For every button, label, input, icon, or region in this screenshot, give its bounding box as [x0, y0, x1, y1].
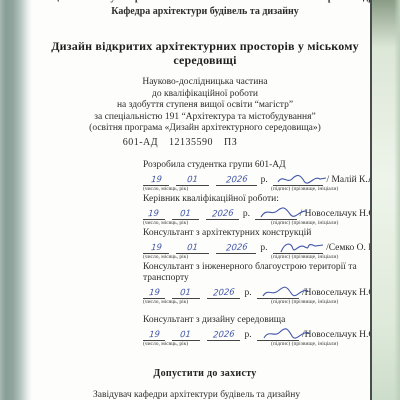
month-field: 01 — [176, 243, 209, 254]
sign-caption: (підпис) (прізвище, ініціали) — [271, 299, 338, 306]
sign-caption: (підпис) (прізвище, ініціали) — [271, 220, 338, 227]
department-head-line: Завідувач кафедри архітектури будівель т… — [93, 390, 393, 400]
date-caption: (число, місяць, рік) — [143, 186, 261, 193]
subtitle-line: до кваліфікаційної роботи — [40, 89, 370, 101]
month-field: 01 — [172, 330, 200, 341]
month-field: 01 — [172, 288, 200, 299]
date-caption: (число, місяць, рік) — [143, 299, 261, 306]
signature-row-supervisor: Керівник кваліфікаційної роботи: 19 01 2… — [143, 194, 377, 227]
date-signature-line: 19 01 2026 р. /Новосельчук Н.Є. — [143, 284, 377, 299]
role-label: Консультант з дизайну середовища — [143, 315, 377, 326]
work-subtitle-block: Науково-дослідницька частина до кваліфік… — [40, 77, 370, 135]
year-abbrev-label: р. — [244, 288, 251, 299]
caption-line: (число, місяць, рік) (підпис) (прізвище,… — [143, 186, 377, 193]
role-label: Консультант з архітектурних конструкцій — [143, 228, 377, 239]
subtitle-line: Науково-дослідницька частина — [40, 77, 370, 89]
sign-caption: (підпис) (прізвище, ініціали) — [271, 341, 338, 348]
date-caption: (число, місяць, рік) — [143, 220, 261, 227]
subtitle-line: за спеціальністю 191 “Архітектура та міс… — [40, 112, 370, 124]
month-field: 01 — [176, 175, 209, 186]
signatures-block: Розробила студентка групи 601-АД 19 01 2… — [143, 160, 377, 349]
day-field: 19 — [143, 175, 169, 186]
date-signature-line: 19 01 2026 р. /Семко О. В. — [143, 239, 377, 254]
year-field: 2026 — [216, 175, 256, 186]
year-abbrev-label: р. — [261, 175, 268, 186]
caption-line: (число, місяць, рік) (підпис) (прізвище,… — [143, 341, 377, 348]
signature-row-student: Розробила студентка групи 601-АД 19 01 2… — [143, 160, 377, 193]
day-field: 19 — [143, 330, 165, 341]
role-label: Керівник кваліфікаційної роботи: — [143, 194, 377, 205]
person-name: /Новосельчук Н.Є. — [302, 288, 377, 299]
scan-left-edge-band — [0, 0, 32, 400]
signature-row-design-consultant: Консультант з дизайну середовища 19 01 2… — [143, 315, 377, 348]
caption-line: (число, місяць, рік) (підпис) (прізвище,… — [143, 254, 377, 261]
person-name: /Новосельчук Н.Є. — [302, 330, 377, 341]
document-code: 601-АД 12135590 ПЗ — [40, 137, 320, 148]
caption-line: (число, місяць, рік) (підпис) (прізвище,… — [143, 220, 377, 227]
subtitle-line: на здобуття ступеня вищої освіти “магіст… — [40, 100, 370, 112]
date-caption: (число, місяць, рік) — [143, 341, 261, 348]
subtitle-line: (освітня програма «Дизайн архітектурного… — [40, 123, 370, 135]
date-signature-line: 19 01 2026 р. / Новосельчук Н.Є. — [143, 205, 377, 220]
day-field: 19 — [143, 288, 165, 299]
date-caption: (число, місяць, рік) — [143, 254, 261, 261]
signature-scribble — [273, 253, 324, 254]
year-abbrev-label: р. — [260, 243, 267, 254]
department-line: Кафедра архітектури будівель та дизайну — [40, 6, 370, 17]
role-label: Консультант з інженерного благоустрою те… — [143, 262, 377, 284]
clipped-institute-line: Національний університет «Полтавська пол… — [40, 0, 370, 4]
caption-line: (число, місяць, рік) (підпис) (прізвище,… — [143, 299, 377, 306]
year-abbrev-label: р. — [243, 209, 250, 220]
admit-to-defense-line: Допустити до захисту — [40, 368, 370, 379]
year-field: 2026 — [206, 209, 239, 220]
signature-scribble — [255, 219, 297, 220]
scanned-document-page: Національний університет «Полтавська пол… — [0, 0, 400, 400]
date-signature-line: 19 01 2026 р. / Малій К.А. — [143, 171, 377, 186]
scan-right-edge-band — [372, 0, 400, 400]
day-field: 19 — [143, 209, 165, 220]
sign-caption: (підпис) (прізвище, ініціали) — [271, 186, 338, 193]
role-label: Розробила студентка групи 601-АД — [143, 160, 377, 171]
signature-scribble — [273, 185, 324, 186]
date-signature-line: 19 01 2026 р. /Новосельчук Н.Є. — [143, 326, 377, 341]
year-field: 2026 — [207, 288, 241, 299]
year-field: 2026 — [207, 330, 241, 341]
work-title: Дизайн відкритих архітектурних просторів… — [48, 39, 362, 67]
signature-scribble — [257, 340, 299, 341]
person-name: / Новосельчук Н.Є. — [300, 209, 377, 220]
sign-caption: (підпис) (прізвище, ініціали) — [271, 254, 338, 261]
day-field: 19 — [143, 243, 169, 254]
year-abbrev-label: р. — [244, 330, 251, 341]
signature-scribble — [257, 298, 299, 299]
year-field: 2026 — [216, 243, 256, 254]
signature-row-engineering-consultant: Консультант з інженерного благоустрою те… — [143, 262, 377, 306]
month-field: 01 — [172, 209, 199, 220]
signature-row-constructions-consultant: Консультант з архітектурних конструкцій … — [143, 228, 377, 261]
